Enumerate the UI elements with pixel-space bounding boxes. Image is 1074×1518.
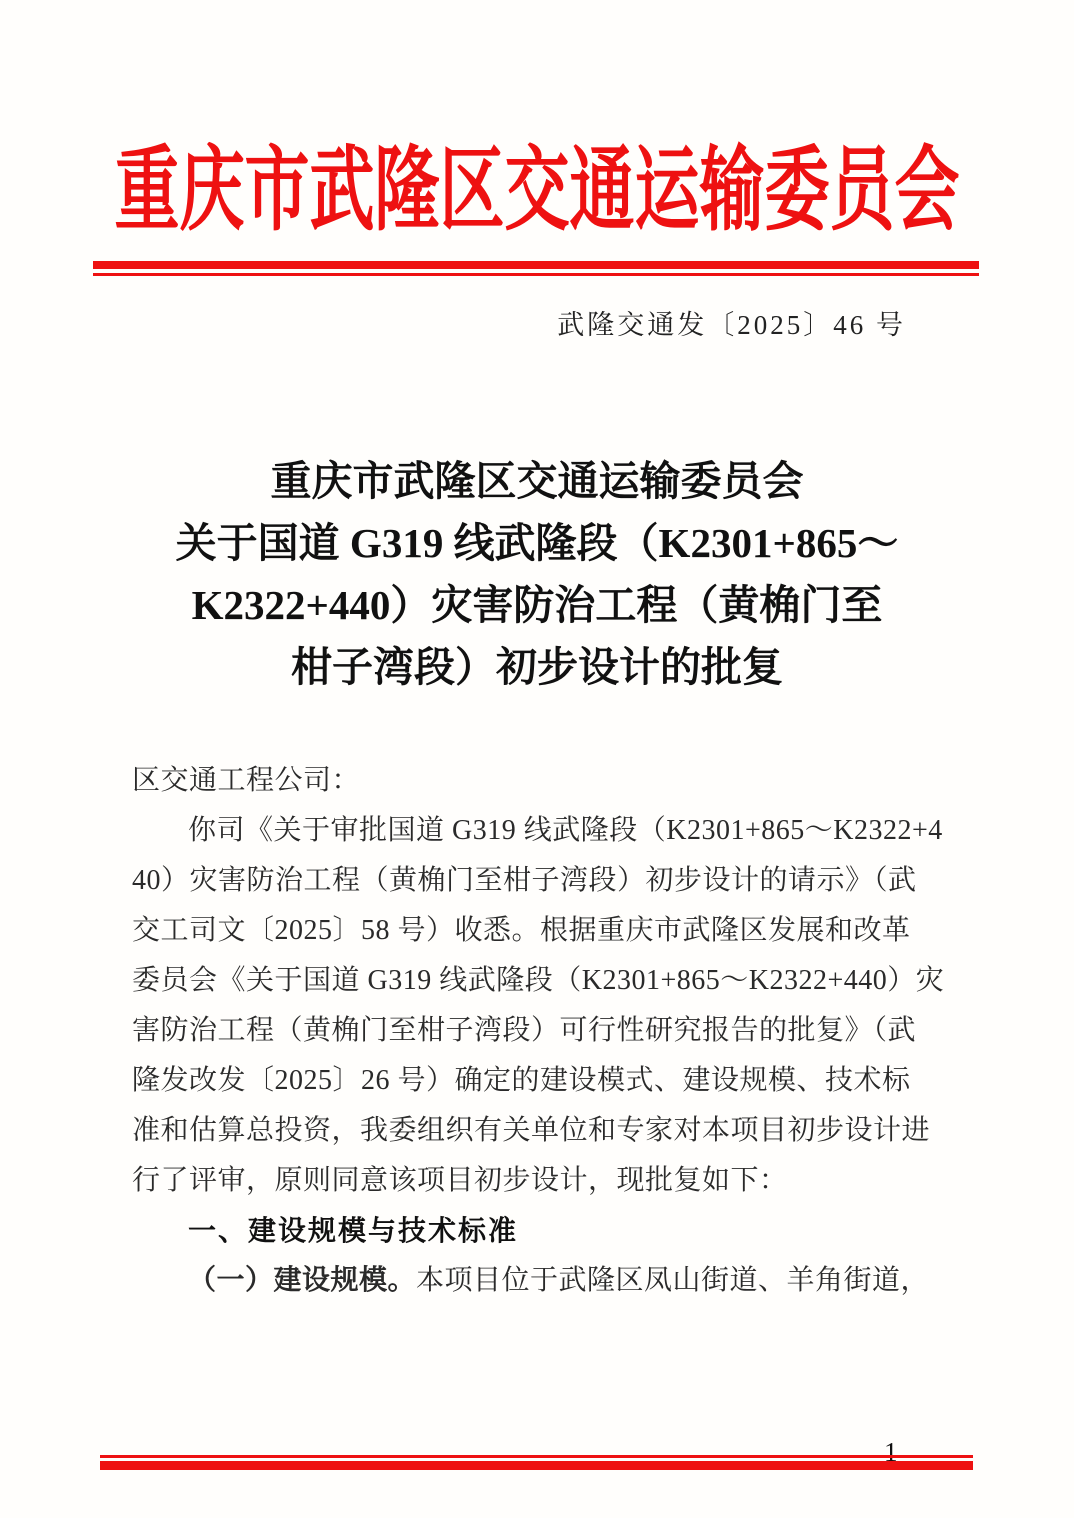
body-line: 害防治工程（黄桷门至柑子湾段）可行性研究报告的批复》（武: [132, 1006, 964, 1056]
section-heading: 一、建设规模与技术标准: [132, 1206, 964, 1256]
document-title-line: 重庆市武隆区交通运输委员会: [0, 450, 1074, 512]
body-text-segment: 40）灾害防治工程（黄桷门至柑子湾段）初步设计的请示》（武: [132, 865, 917, 896]
body-text-segment: 委员会《关于国道 G319 线武隆段（K2301+865～K2322+440）灾: [132, 965, 944, 996]
body-line: 交工司文〔2025〕58 号）收悉。根据重庆市武隆区发展和改革: [132, 906, 964, 956]
body-text-segment: 行了评审，原则同意该项目初步设计，现批复如下：: [132, 1165, 788, 1196]
body-text-segment: 交工司文〔2025〕58 号）收悉。根据重庆市武隆区发展和改革: [132, 915, 911, 946]
body-text-segment: 准和估算总投资，我委组织有关单位和专家对本项目初步设计进: [132, 1115, 930, 1146]
body-line: 委员会《关于国道 G319 线武隆段（K2301+865～K2322+440）灾: [132, 956, 964, 1006]
body-text-segment: （一）建设规模。: [188, 1265, 416, 1296]
body-line: 40）灾害防治工程（黄桷门至柑子湾段）初步设计的请示》（武: [132, 856, 964, 906]
body-text: 区交通工程公司：你司《关于审批国道 G319 线武隆段（K2301+865～K2…: [132, 756, 964, 1306]
letterhead-rule-thin: [93, 273, 979, 276]
document-title: 重庆市武隆区交通运输委员会 关于国道 G319 线武隆段（K2301+865～ …: [0, 450, 1074, 698]
body-line: 隆发改发〔2025〕26 号）确定的建设模式、建设规模、技术标: [132, 1056, 964, 1106]
body-text-segment: 本项目位于武隆区凤山街道、羊角街道，: [416, 1265, 929, 1296]
letterhead-agency-name: 重庆市武隆区交通运输委员会: [0, 146, 1074, 238]
body-text-segment: 害防治工程（黄桷门至柑子湾段）可行性研究报告的批复》（武: [132, 1015, 916, 1046]
body-text-segment: 一、建设规模与技术标准: [188, 1215, 518, 1246]
body-line: 行了评审，原则同意该项目初步设计，现批复如下：: [132, 1156, 964, 1206]
document-title-line: K2322+440）灾害防治工程（黄桷门至: [0, 574, 1074, 636]
document-title-line: 柑子湾段）初步设计的批复: [0, 636, 1074, 698]
letterhead-rule-thick: [93, 261, 979, 269]
body-line: （一）建设规模。本项目位于武隆区凤山街道、羊角街道，: [132, 1256, 964, 1306]
body-line: 你司《关于审批国道 G319 线武隆段（K2301+865～K2322+4: [132, 806, 964, 856]
letterhead-rule: [93, 261, 979, 276]
body-text-segment: 区交通工程公司：: [132, 765, 360, 796]
document-title-line: 关于国道 G319 线武隆段（K2301+865～: [0, 512, 1074, 574]
body-line: 区交通工程公司：: [132, 756, 964, 806]
body-text-segment: 你司《关于审批国道 G319 线武隆段（K2301+865～K2322+4: [188, 815, 943, 846]
document-number: 武隆交通发〔2025〕46 号: [557, 303, 906, 342]
footer-rule: [100, 1455, 973, 1470]
document-page: 重庆市武隆区交通运输委员会 武隆交通发〔2025〕46 号 重庆市武隆区交通运输…: [0, 0, 1074, 1518]
body-line: 准和估算总投资，我委组织有关单位和专家对本项目初步设计进: [132, 1106, 964, 1156]
body-text-segment: 隆发改发〔2025〕26 号）确定的建设模式、建设规模、技术标: [132, 1065, 911, 1096]
footer-rule-thick: [100, 1461, 973, 1470]
